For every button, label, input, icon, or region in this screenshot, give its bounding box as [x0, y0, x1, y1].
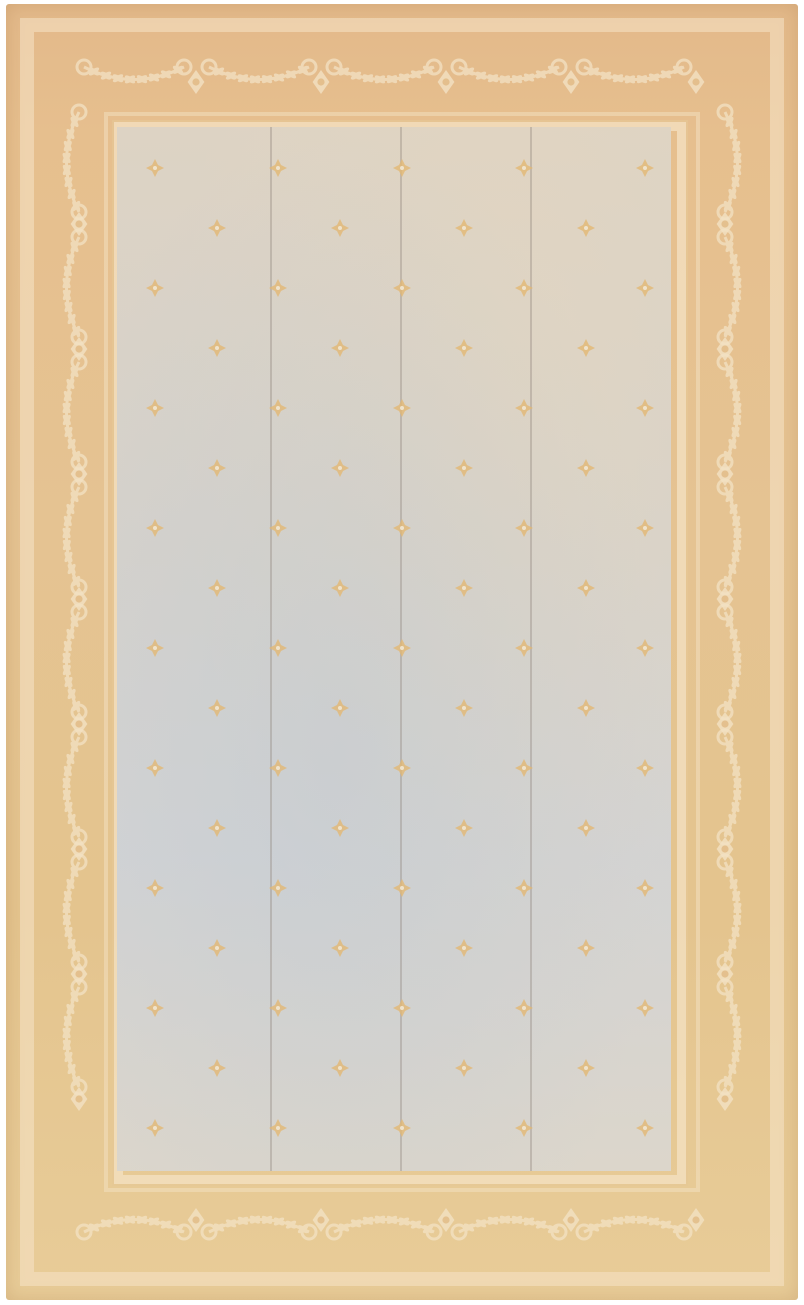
diamond-rosette-icon — [635, 518, 655, 538]
diamond-rosette-icon — [635, 638, 655, 658]
diamond-rosette-icon — [145, 158, 165, 178]
diamond-rosette-icon — [330, 698, 350, 718]
diamond-rosette-icon — [454, 698, 474, 718]
diamond-rosette-icon — [330, 938, 350, 958]
diamond-rosette-icon — [514, 1118, 534, 1138]
central-field — [117, 127, 671, 1171]
diamond-rosette-icon — [454, 578, 474, 598]
diamond-rosette-icon — [268, 758, 288, 778]
diamond-rosette-icon — [576, 218, 596, 238]
diamond-rosette-icon — [514, 518, 534, 538]
diamond-rosette-icon — [635, 158, 655, 178]
diamond-rosette-icon — [576, 1058, 596, 1078]
diamond-rosette-icon — [268, 158, 288, 178]
diamond-rosette-icon — [330, 458, 350, 478]
diamond-rosette-icon — [268, 638, 288, 658]
diamond-rosette-icon — [576, 578, 596, 598]
diamond-rosette-icon — [268, 398, 288, 418]
diamond-rosette-icon — [268, 998, 288, 1018]
diamond-rosette-icon — [207, 818, 227, 838]
diamond-rosette-icon — [514, 878, 534, 898]
diamond-rosette-icon — [268, 878, 288, 898]
diamond-rosette-icon — [207, 938, 227, 958]
diamond-rosette-icon — [392, 878, 412, 898]
diamond-rosette-icon — [330, 578, 350, 598]
diamond-rosette-icon — [454, 218, 474, 238]
diamond-rosette-icon — [514, 278, 534, 298]
diamond-rosette-icon — [207, 578, 227, 598]
diamond-rosette-icon — [145, 998, 165, 1018]
diamond-rosette-icon — [207, 338, 227, 358]
diamond-rosette-icon — [576, 818, 596, 838]
diamond-rosette-icon — [454, 458, 474, 478]
diamond-rosette-icon — [514, 158, 534, 178]
diamond-rosette-icon — [576, 698, 596, 718]
diamond-rosette-icon — [330, 818, 350, 838]
diamond-rosette-icon — [635, 758, 655, 778]
diamond-rosette-icon — [392, 1118, 412, 1138]
diamond-rosette-icon — [207, 218, 227, 238]
diamond-rosette-icon — [268, 1118, 288, 1138]
diamond-rosette-icon — [454, 938, 474, 958]
diamond-rosette-icon — [207, 698, 227, 718]
diamond-rosette-icon — [514, 638, 534, 658]
diamond-rosette-icon — [635, 878, 655, 898]
diamond-rosette-icon — [330, 218, 350, 238]
diamond-rosette-icon — [392, 998, 412, 1018]
diamond-rosette-icon — [268, 518, 288, 538]
diamond-rosette-icon — [392, 278, 412, 298]
diamond-rosette-icon — [145, 518, 165, 538]
diamond-rosette-icon — [635, 998, 655, 1018]
diamond-rosette-icon — [635, 398, 655, 418]
diamond-rosette-icon — [330, 338, 350, 358]
diamond-rosette-icon — [514, 998, 534, 1018]
diamond-rosette-icon — [207, 458, 227, 478]
diamond-rosette-icon — [514, 758, 534, 778]
diamond-rosette-icon — [145, 398, 165, 418]
diamond-rosette-icon — [454, 338, 474, 358]
diamond-rosette-icon — [392, 638, 412, 658]
diamond-rosette-icon — [514, 398, 534, 418]
diamond-rosette-icon — [268, 278, 288, 298]
diamond-rosette-icon — [392, 758, 412, 778]
diamond-rosette-icon — [145, 878, 165, 898]
diamond-rosette-icon — [145, 1118, 165, 1138]
diamond-rosette-icon — [454, 818, 474, 838]
diamond-rosette-icon — [145, 638, 165, 658]
diamond-rosette-icon — [392, 398, 412, 418]
diamond-rosette-icon — [145, 278, 165, 298]
diamond-rosette-icon — [330, 1058, 350, 1078]
diamond-rosette-icon — [576, 938, 596, 958]
diamond-rosette-icon — [576, 458, 596, 478]
diamond-rosette-icon — [454, 1058, 474, 1078]
diamond-rosette-icon — [576, 338, 596, 358]
diamond-rosette-icon — [635, 1118, 655, 1138]
diamond-rosette-icon — [207, 1058, 227, 1078]
diamond-rosette-icon — [392, 158, 412, 178]
diamond-rosette-icon — [392, 518, 412, 538]
diamond-rosette-icon — [145, 758, 165, 778]
diamond-rosette-icon — [635, 278, 655, 298]
